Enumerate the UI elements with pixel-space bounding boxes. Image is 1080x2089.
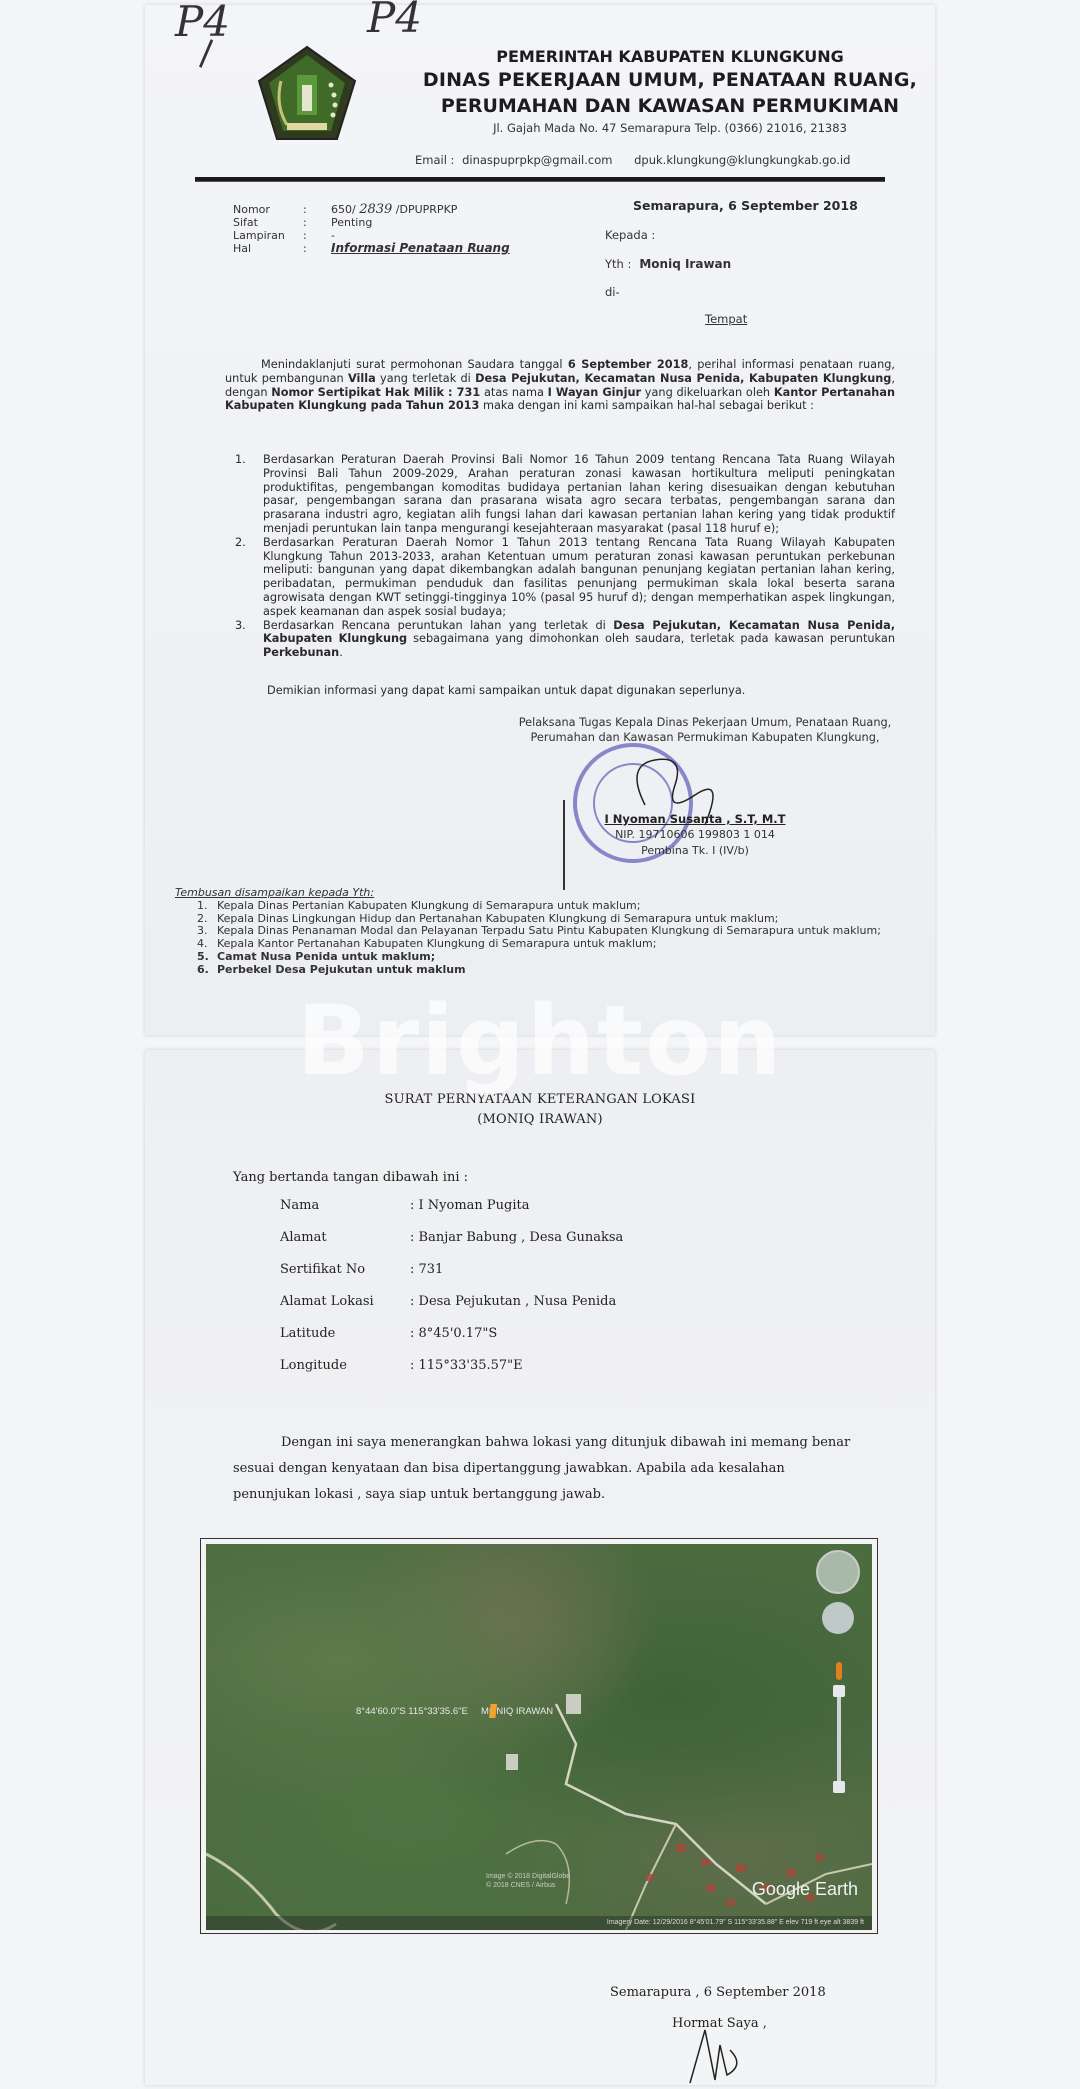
carbon-copy-heading: Tembusan disampaikan kepada Yth: xyxy=(175,887,881,900)
statement-field-row: Sertifikat No731 xyxy=(280,1262,623,1294)
meta-nomor: Nomor : 650/ 2839 /DPUPRPKP xyxy=(233,203,510,216)
carbon-copy-item: 1.Kepala Dinas Pertanian Kabupaten Klung… xyxy=(197,900,881,913)
statement-page: SURAT PERNYATAAN KETERANGAN LOKASI (MONI… xyxy=(145,1050,935,2085)
recipient-tempat: Tempat xyxy=(705,312,747,326)
letter-closing: Demikian informasi yang dapat kami sampa… xyxy=(267,684,867,698)
letter-date: Semarapura, 6 September 2018 xyxy=(633,198,858,213)
meta-sifat: Sifat : Penting xyxy=(233,216,510,229)
recipient-di: di- xyxy=(605,285,620,299)
letterhead-divider xyxy=(195,177,885,182)
letterhead-emails: Email : dinaspuprpkp@gmail.com dpuk.klun… xyxy=(415,153,868,167)
brighton-watermark: Brighton xyxy=(0,985,1080,1097)
statement-signature-icon xyxy=(685,2025,745,2085)
pegman-icon[interactable] xyxy=(836,1662,842,1680)
google-earth-logo: Google Earth xyxy=(752,1879,858,1900)
signatory-name: I Nyoman Susanta , S.T, M.T xyxy=(575,812,815,826)
signatory-rank: Pembina Tk. I (IV/b) xyxy=(575,844,815,857)
statement-fields: NamaI Nyoman PugitaAlamatBanjar Babung ,… xyxy=(280,1198,623,1390)
email-primary: dinaspuprpkp@gmail.com xyxy=(462,153,612,167)
signatory-nip: NIP. 19710606 199803 1 014 xyxy=(575,828,815,841)
letter-points-list: 1.Berdasarkan Peraturan Daerah Provinsi … xyxy=(225,453,895,660)
recipient-kepada: Kepada : xyxy=(605,228,655,242)
carbon-copy-section: Tembusan disampaikan kepada Yth: 1.Kepal… xyxy=(175,887,881,977)
statement-field-row: Longitude115°33'35.57"E xyxy=(280,1358,623,1390)
recipient-name: Moniq Irawan xyxy=(639,257,731,271)
signature-line-mark xyxy=(563,800,565,890)
statement-field-row: AlamatBanjar Babung , Desa Gunaksa xyxy=(280,1230,623,1262)
statement-intro: Yang bertanda tangan dibawah ini : xyxy=(233,1170,468,1185)
map-zoom-slider[interactable] xyxy=(837,1689,841,1789)
statement-field-row: NamaI Nyoman Pugita xyxy=(280,1198,623,1230)
handwritten-mark-left: P4 xyxy=(175,0,230,46)
letterhead-agency-line2: PERUMAHAN DAN KAWASAN PERMUKIMAN xyxy=(410,95,930,117)
statement-subtitle: (MONIQ IRAWAN) xyxy=(145,1112,935,1127)
map-imagery-credit: Image © 2018 DigitalGlobe© 2018 CNES / A… xyxy=(486,1872,570,1890)
recipient-line: Yth :Moniq Irawan xyxy=(605,257,731,271)
signatory-title: Pelaksana Tugas Kepala Dinas Pekerjaan U… xyxy=(485,715,925,745)
statement-paragraph: Dengan ini saya menerangkan bahwa lokasi… xyxy=(233,1430,853,1508)
email-secondary: dpuk.klungkung@klungkungkab.go.id xyxy=(634,153,850,167)
letter-meta: Nomor : 650/ 2839 /DPUPRPKP Sifat : Pent… xyxy=(233,203,510,255)
letter-point: 3.Berdasarkan Rencana peruntukan lahan y… xyxy=(225,619,895,660)
map-placemark-label: 8°44'60.0"S 115°33'35.6"E MONIQ IRAWAN xyxy=(356,1706,553,1717)
handwritten-mark-right: P4 xyxy=(367,0,422,42)
klungkung-regency-emblem-icon xyxy=(257,45,357,141)
statement-date: Semarapura , 6 September 2018 xyxy=(610,1985,826,2000)
letterhead-government: PEMERINTAH KABUPATEN KLUNGKUNG xyxy=(410,47,930,66)
letterhead-agency-line1: DINAS PEKERJAAN UMUM, PENATAAN RUANG, xyxy=(410,69,930,91)
map-compass-icon[interactable] xyxy=(816,1550,860,1594)
satellite-map-frame: 8°44'60.0"S 115°33'35.6"E MONIQ IRAWAN I… xyxy=(200,1538,878,1934)
letter-point: 2.Berdasarkan Peraturan Daerah Nomor 1 T… xyxy=(225,536,895,619)
letterhead-address: Jl. Gajah Mada No. 47 Semarapura Telp. (… xyxy=(410,121,930,135)
carbon-copy-list: 1.Kepala Dinas Pertanian Kabupaten Klung… xyxy=(197,900,881,977)
meta-hal: Hal : Informasi Penataan Ruang xyxy=(233,242,510,255)
handwritten-number: 2839 xyxy=(359,202,392,217)
email-label: Email : xyxy=(415,153,454,167)
letter-page-1: P4 \ P4 PEMERINTAH KABUPATEN KLUNGKUNG D… xyxy=(145,5,935,1035)
satellite-map[interactable]: 8°44'60.0"S 115°33'35.6"E MONIQ IRAWAN I… xyxy=(206,1544,872,1930)
statement-field-row: Alamat LokasiDesa Pejukutan , Nusa Penid… xyxy=(280,1294,623,1326)
letter-point: 1.Berdasarkan Peraturan Daerah Provinsi … xyxy=(225,453,895,536)
map-status-bar: Imagery Date: 12/29/2016 8°45'01.79" S 1… xyxy=(206,1916,872,1930)
map-tilt-control-icon[interactable] xyxy=(822,1602,854,1634)
statement-field-row: Latitude 8°45'0.17"S xyxy=(280,1326,623,1358)
carbon-copy-item: 6.Perbekel Desa Pejukutan untuk maklum xyxy=(197,964,881,977)
letter-intro-paragraph: Menindaklanjuti surat permohonan Saudara… xyxy=(225,358,895,413)
carbon-copy-item: 5.Camat Nusa Penida untuk maklum; xyxy=(197,951,881,964)
